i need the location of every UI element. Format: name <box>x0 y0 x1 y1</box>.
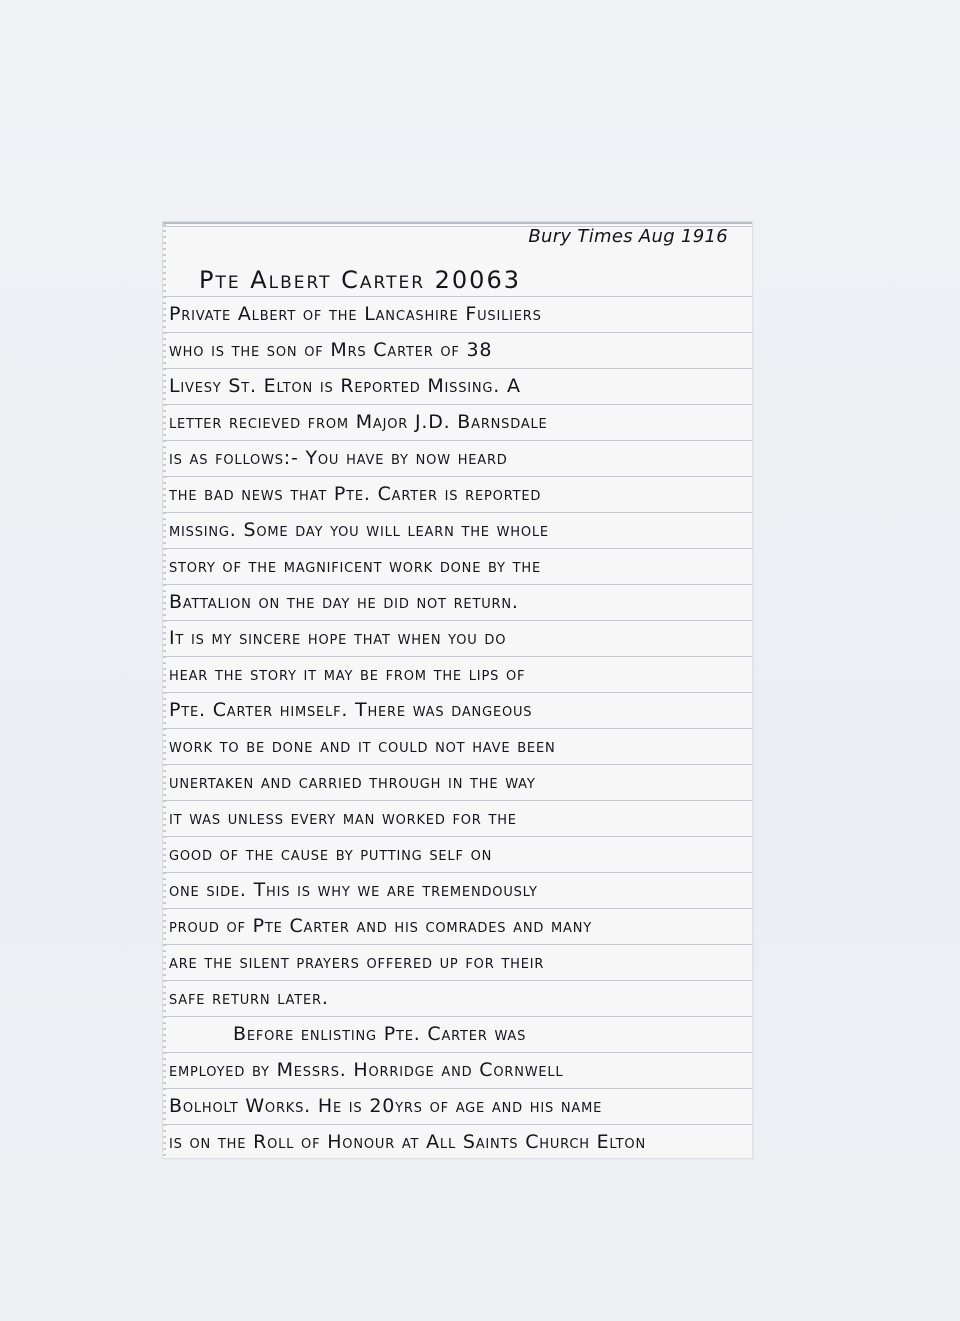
text-line: who is the son of Mrs Carter of 38 <box>169 332 746 368</box>
page-title: Pte Albert Carter 20063 <box>199 266 521 294</box>
text-line: it was unless every man worked for the <box>169 800 746 836</box>
handwritten-page: Bury Times Aug 1916 Pte Albert Carter 20… <box>163 222 752 1158</box>
text-line: good of the cause by putting self on <box>169 836 746 872</box>
text-line: story of the magnificent work done by th… <box>169 548 746 584</box>
text-line: is on the Roll of Honour at All Saints C… <box>169 1124 746 1160</box>
text-line: is as follows:- You have by now heard <box>169 440 746 476</box>
text-line: letter recieved from Major J.D. Barnsdal… <box>169 404 746 440</box>
text-line: one side. This is why we are tremendousl… <box>169 872 746 908</box>
text-line: are the silent prayers offered up for th… <box>169 944 746 980</box>
text-line: Before enlisting Pte. Carter was <box>169 1016 746 1052</box>
text-line: Private Albert of the Lancashire Fusilie… <box>169 296 746 332</box>
text-line: hear the story it may be from the lips o… <box>169 656 746 692</box>
text-line: work to be done and it could not have be… <box>169 728 746 764</box>
text-line: safe return later. <box>169 980 746 1016</box>
text-line: Pte. Carter himself. There was dangeous <box>169 692 746 728</box>
text-line: missing. Some day you will learn the who… <box>169 512 746 548</box>
text-line: unertaken and carried through in the way <box>169 764 746 800</box>
text-line: the bad news that Pte. Carter is reporte… <box>169 476 746 512</box>
text-line: Livesy St. Elton is Reported Missing. A <box>169 368 746 404</box>
text-line: Bolholt Works. He is 20yrs of age and hi… <box>169 1088 746 1124</box>
text-line: Battalion on the day he did not return. <box>169 584 746 620</box>
letter-body: Private Albert of the Lancashire Fusilie… <box>169 296 746 1160</box>
text-line: employed by Messrs. Horridge and Cornwel… <box>169 1052 746 1088</box>
text-line: It is my sincere hope that when you do <box>169 620 746 656</box>
source-citation: Bury Times Aug 1916 <box>528 226 728 247</box>
page-content: Bury Times Aug 1916 Pte Albert Carter 20… <box>163 224 752 1158</box>
text-line: proud of Pte Carter and his comrades and… <box>169 908 746 944</box>
